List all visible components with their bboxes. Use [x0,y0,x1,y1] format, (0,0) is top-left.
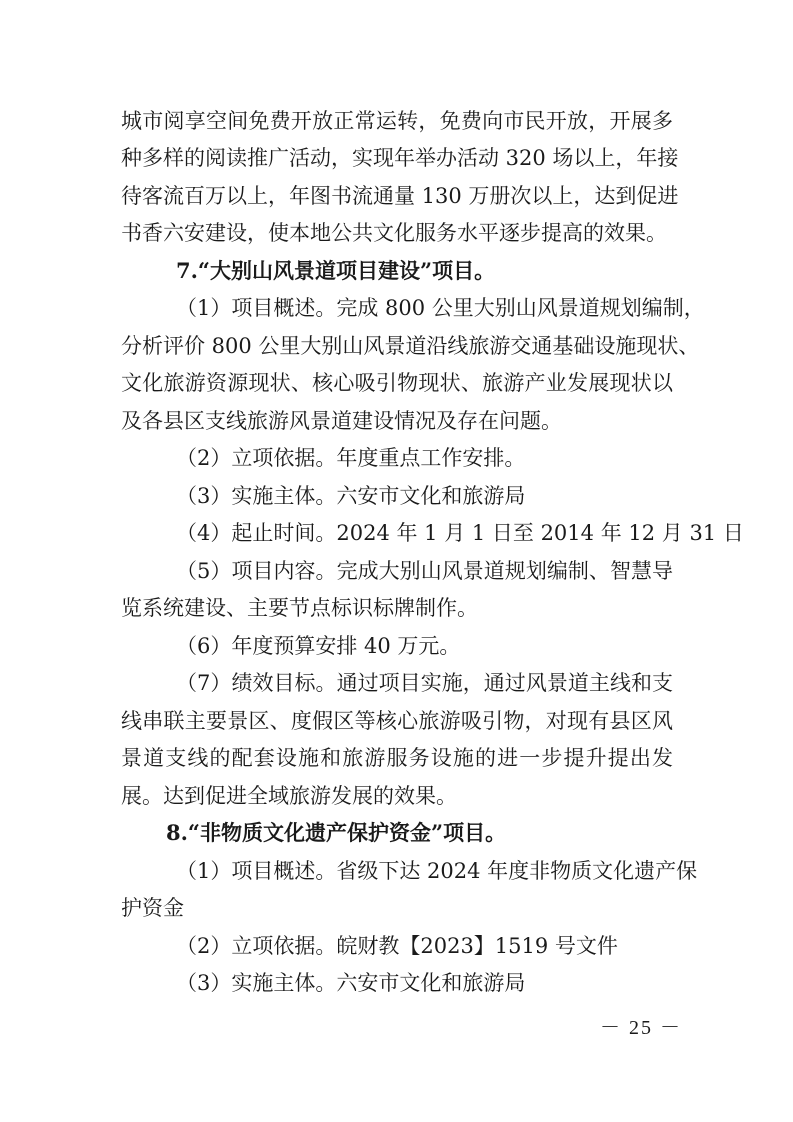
item-overview-line: 护资金 [121,893,673,923]
page-number: － 25 － [600,1015,682,1041]
item-overview-line: 分析评价 800 公里大别山风景道沿线旅游交通基础设施现状、 [121,331,673,361]
document-page: 城市阅享空间免费开放正常运转，免费向市民开放，开展多 种多样的阅读推广活动，实现… [0,0,793,1122]
item-overview-line: （1）项目概述。省级下达 2024 年度非物质文化遗产保 [176,856,673,886]
paragraph-line: 书香六安建设，使本地公共文化服务水平逐步提高的效果。 [121,218,673,248]
item-basis: （2）立项依据。年度重点工作安排。 [176,443,673,473]
item-overview-line: 及各县区支线旅游风景道建设情况及存在问题。 [121,406,673,436]
item-content-line: 览系统建设、主要节点标识标牌制作。 [121,593,673,623]
item-goal-line: 景道支线的配套设施和旅游服务设施的进一步提升提出发 [121,743,673,773]
paragraph-line: 待客流百万以上，年图书流通量 130 万册次以上，达到促进 [121,181,673,211]
section-heading-7: 7.“大别山风景道项目建设”项目。 [176,256,683,286]
item-goal-line: 线串联主要景区、度假区等核心旅游吸引物，对现有县区风 [121,706,673,736]
item-basis: （2）立项依据。皖财教【2023】1519 号文件 [176,931,673,961]
item-goal-line: （7）绩效目标。通过项目实施，通过风景道主线和支 [176,668,673,698]
item-overview-line: 文化旅游资源现状、核心吸引物现状、旅游产业发展现状以 [121,368,673,398]
item-implementer: （3）实施主体。六安市文化和旅游局 [176,968,673,998]
item-budget: （6）年度预算安排 40 万元。 [176,631,673,661]
item-overview-line: （1）项目概述。完成 800 公里大别山风景道规划编制， [176,293,673,323]
item-implementer: （3）实施主体。六安市文化和旅游局 [176,481,673,511]
item-period: （4）起止时间。2024 年 1 月 1 日至 2014 年 12 月 31 日 [176,518,673,548]
section-heading-8: 8.“非物质文化遗产保护资金”项目。 [166,818,673,848]
paragraph-line: 种多样的阅读推广活动，实现年举办活动 320 场以上，年接 [121,143,673,173]
item-goal-line: 展。达到促进全域旅游发展的效果。 [121,781,673,811]
paragraph-line: 城市阅享空间免费开放正常运转，免费向市民开放，开展多 [121,106,673,136]
item-content-line: （5）项目内容。完成大别山风景道规划编制、智慧导 [176,556,673,586]
